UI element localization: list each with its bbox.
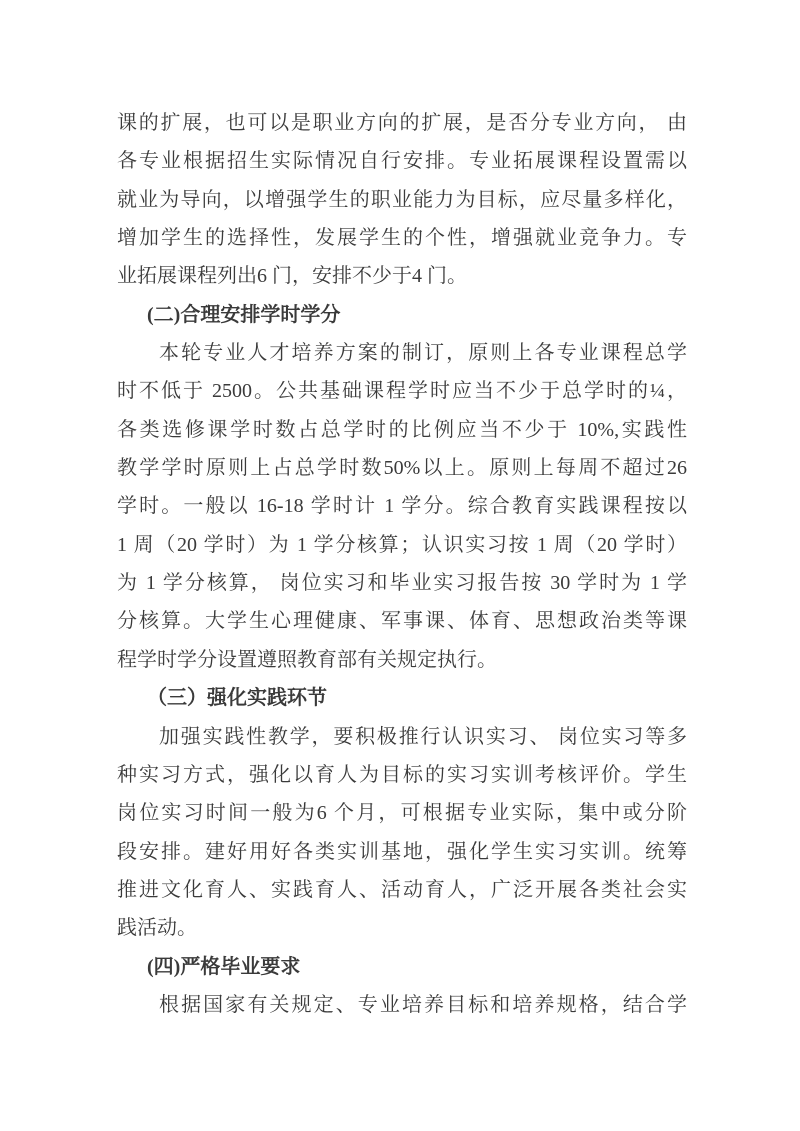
text-line: 课的扩展，也可以是职业方向的扩展，是否分专业方向， 由 (117, 104, 687, 142)
section-heading: （三）强化实践环节 (117, 679, 687, 717)
text-line: 践活动。 (117, 909, 687, 947)
document-text-block: 课的扩展，也可以是职业方向的扩展，是否分专业方向， 由 各专业根据招生实际情况自… (117, 104, 687, 1024)
text-line: 种实习方式，强化以育人为目标的实习实训考核评价。学生 (117, 756, 687, 794)
text-line: 分核算。大学生心理健康、军事课、体育、思想政治类等课 (117, 602, 687, 640)
text-line: 推进文化育人、实践育人、活动育人，广泛开展各类社会实 (117, 871, 687, 909)
text-line: 增加学生的选择性，发展学生的个性，增强就业竞争力。专 (117, 219, 687, 257)
text-line: 各类选修课学时数占总学时的比例应当不少于 10%,实践性 (117, 411, 687, 449)
text-line: 加强实践性教学，要积极推行认识实习、 岗位实习等多 (117, 718, 687, 756)
section-heading: (二)合理安排学时学分 (117, 296, 687, 334)
document-page: 课的扩展，也可以是职业方向的扩展，是否分专业方向， 由 各专业根据招生实际情况自… (0, 0, 800, 1131)
text-line: 学时。一般以 16-18 学时计 1 学分。综合教育实践课程按以 (117, 487, 687, 525)
text-line: 根据国家有关规定、专业培养目标和培养规格，结合学 (117, 986, 687, 1024)
text-line: 1 周（20 学时）为 1 学分核算；认识实习按 1 周（20 学时） (117, 526, 687, 564)
text-line: 岗位实习时间一般为6 个月，可根据专业实际，集中或分阶 (117, 794, 687, 832)
text-line: 各专业根据招生实际情况自行安排。专业拓展课程设置需以 (117, 142, 687, 180)
text-line: 为 1 学分核算， 岗位实习和毕业实习报告按 30 学时为 1 学 (117, 564, 687, 602)
text-line: 业拓展课程列出6 门，安排不少于4 门。 (117, 257, 687, 295)
text-line: 时不低于 2500。公共基础课程学时应当不少于总学时的¼， (117, 372, 687, 410)
text-line: 教学学时原则上占总学时数50%以上。原则上每周不超过26 (117, 449, 687, 487)
text-line: 段安排。建好用好各类实训基地，强化学生实习实训。统筹 (117, 833, 687, 871)
section-heading: (四)严格毕业要求 (117, 948, 687, 986)
text-line: 程学时学分设置遵照教育部有关规定执行。 (117, 641, 687, 679)
text-line: 本轮专业人才培养方案的制订，原则上各专业课程总学 (117, 334, 687, 372)
text-line: 就业为导向，以增强学生的职业能力为目标，应尽量多样化， (117, 181, 687, 219)
